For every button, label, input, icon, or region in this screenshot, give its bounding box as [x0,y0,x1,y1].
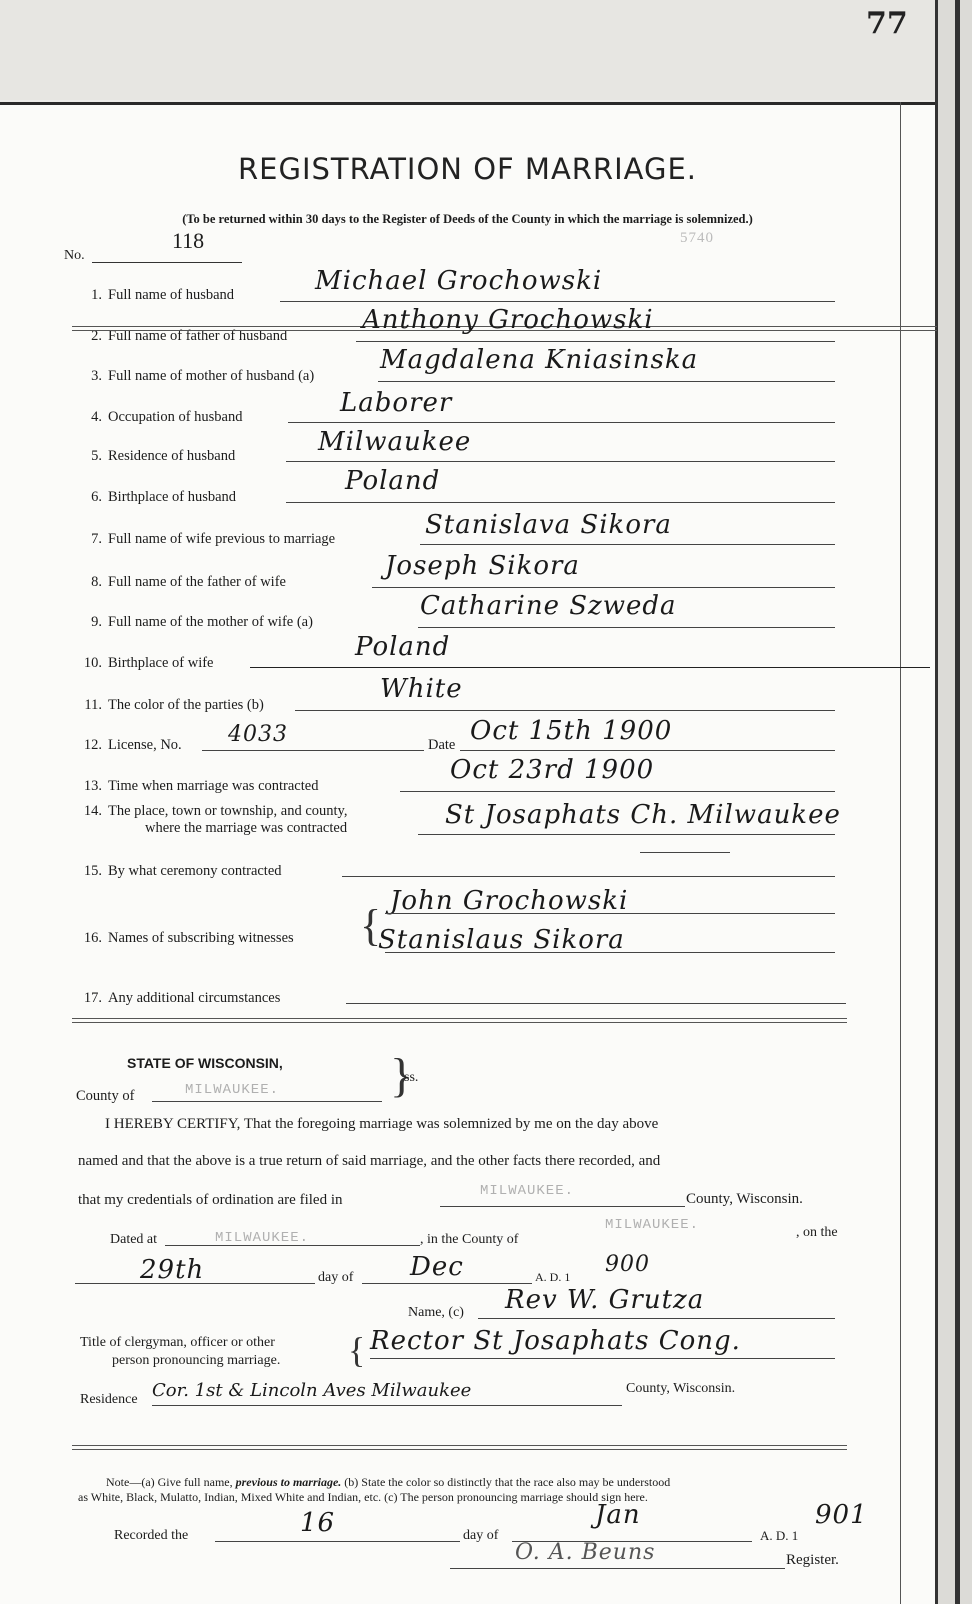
field-line [420,544,835,545]
field-father-of-wife: 8.Full name of the father of wife [72,574,286,591]
field-marriage-place: 14.The place, town or township, and coun… [72,803,347,820]
field-line [385,913,835,914]
recorded-day-of-label: day of [463,1528,498,1544]
wife-name-value: Stanislava Sikora [425,510,672,540]
clergyman-residence-value: Cor. 1st & Lincoln Aves Milwaukee [152,1380,471,1401]
witness-2-value: Stanislaus Sikora [378,925,625,955]
field-line [288,422,835,423]
in-county-stamp: MILWAUKEE. [605,1217,699,1233]
dated-at-stamp: MILWAUKEE. [215,1230,309,1246]
faint-stamp: 5740 [680,230,714,247]
field-line [75,1283,315,1284]
field-line [286,461,835,462]
ordination-county-stamp: MILWAUKEE. [480,1183,574,1199]
field-line [346,1003,846,1004]
father-of-husband-value: Anthony Grochowski [362,305,654,335]
field-birthplace-husband: 6.Birthplace of husband [72,489,236,506]
ss-label: ss. [404,1070,418,1086]
name-label: Name, (c) [408,1305,464,1321]
color-value: White [380,674,463,704]
separator-line [72,1445,847,1450]
marriage-time-value: Oct 23rd 1900 [450,755,654,785]
recorded-year-value: 901 [815,1500,868,1530]
certify-day-value: 29th [140,1255,204,1285]
birthplace-husband-value: Poland [345,466,440,496]
field-line [152,1405,622,1406]
in-county-label: , in the County of [420,1232,518,1248]
certify-line-2: named and that the above is a true retur… [78,1153,660,1170]
recorded-ad-label: A. D. 1 [760,1528,798,1544]
certify-year-value: 900 [605,1252,650,1277]
marriage-place-value: St Josaphats Ch. Milwaukee [445,800,841,830]
field-line [362,1283,532,1284]
page-margin-top [0,0,935,100]
witness-1-value: John Grochowski [390,886,628,916]
recorded-day-value: 16 [300,1508,335,1538]
separator-line [72,1018,847,1023]
field-line [460,750,835,751]
county-stamp: MILWAUKEE. [185,1082,279,1098]
father-of-wife-value: Joseph Sikora [385,551,580,581]
clergyman-name-value: Rev W. Grutza [505,1285,704,1315]
field-line [640,852,730,853]
field-witnesses: 16.Names of subscribing witnesses [72,930,294,947]
residence-county-label: County, Wisconsin. [626,1381,735,1397]
mother-of-husband-value: Magdalena Kniasinska [380,345,698,375]
husband-name-value: Michael Grochowski [315,266,602,296]
field-marriage-time: 13.Time when marriage was contracted [72,778,318,795]
field-line [372,587,835,588]
footnote-line-2: as White, Black, Mulatto, Indian, Mixed … [78,1490,648,1505]
license-number-value: 4033 [228,722,288,747]
clergyman-title-value: Rector St Josaphats Cong. [370,1326,741,1356]
mother-of-wife-value: Catharine Szweda [420,591,677,621]
margin-rule [935,0,938,1604]
register-signature-line [450,1568,785,1569]
recorded-month-value: Jan [595,1500,641,1530]
field-additional: 17.Any additional circumstances [72,990,280,1007]
field-line [400,791,835,792]
field-wife-name: 7.Full name of wife previous to marriage [72,531,335,548]
field-line [280,301,835,302]
field-line [418,627,835,628]
margin-rule [955,0,960,1604]
certify-month-value: Dec [410,1252,464,1282]
state-heading: STATE OF WISCONSIN, [127,1055,283,1071]
field-mother-of-husband: 3.Full name of mother of husband (a) [72,368,314,385]
field-ceremony: 15.By what ceremony contracted [72,863,282,880]
field-line [385,952,835,953]
field-line [418,834,835,835]
license-date-label: Date [428,737,455,754]
occupation-value: Laborer [340,388,452,418]
county-label: County of [76,1088,134,1105]
field-occupation: 4.Occupation of husband [72,409,243,426]
on-the-label: , on the [796,1225,838,1241]
footnote-line-1: Note—(a) Give full name, previous to mar… [106,1475,670,1490]
register-signature: O. A. Beuns [515,1540,655,1565]
birthplace-wife-value: Poland [355,632,450,662]
certify-line-3-prefix: that my credentials of ordination are fi… [78,1192,343,1209]
field-line [202,750,424,751]
field-line [378,381,835,382]
form-instructions: (To be returned within 30 days to the Re… [0,212,935,227]
field-line [152,1101,382,1102]
field-line [286,502,835,503]
field-line [440,1206,685,1207]
register-label: Register. [786,1552,839,1569]
field-birthplace-wife: 10.Birthplace of wife [72,655,214,672]
day-of-label: day of [318,1270,353,1286]
field-line [215,1541,460,1542]
form-title: REGISTRATION OF MARRIAGE. [0,152,935,186]
field-mother-of-wife: 9.Full name of the mother of wife (a) [72,614,313,631]
ad-label: A. D. 1 [535,1270,570,1285]
field-line [342,876,835,877]
residence-label: Residence [80,1392,138,1408]
field-residence: 5.Residence of husband [72,448,235,465]
field-line [478,1318,835,1319]
record-number-line [92,262,242,263]
field-husband-name: 1.Full name of husband [72,287,234,304]
title-label-1: Title of clergyman, officer or other [80,1335,275,1351]
title-label-2: person pronouncing marriage. [112,1353,280,1369]
license-date-value: Oct 15th 1900 [470,716,672,746]
record-number-value: 118 [172,228,204,254]
field-line [356,341,835,342]
residence-value: Milwaukee [318,427,471,457]
title-brace: { [348,1332,365,1368]
dated-at-label: Dated at [110,1232,157,1248]
field-line [295,710,835,711]
field-marriage-place-line2: where the marriage was contracted [145,820,347,837]
county-wisconsin-label: County, Wisconsin. [686,1191,803,1208]
field-line [370,1358,835,1359]
page-number: 77 [866,6,908,41]
fold-line [250,667,930,668]
field-license: 12.License, No. [72,737,182,754]
field-color: 11.The color of the parties (b) [72,697,264,714]
record-number-label: No. [64,248,85,264]
certify-line-1: I HEREBY CERTIFY, That the foregoing mar… [105,1116,658,1133]
recorded-label: Recorded the [114,1528,188,1544]
